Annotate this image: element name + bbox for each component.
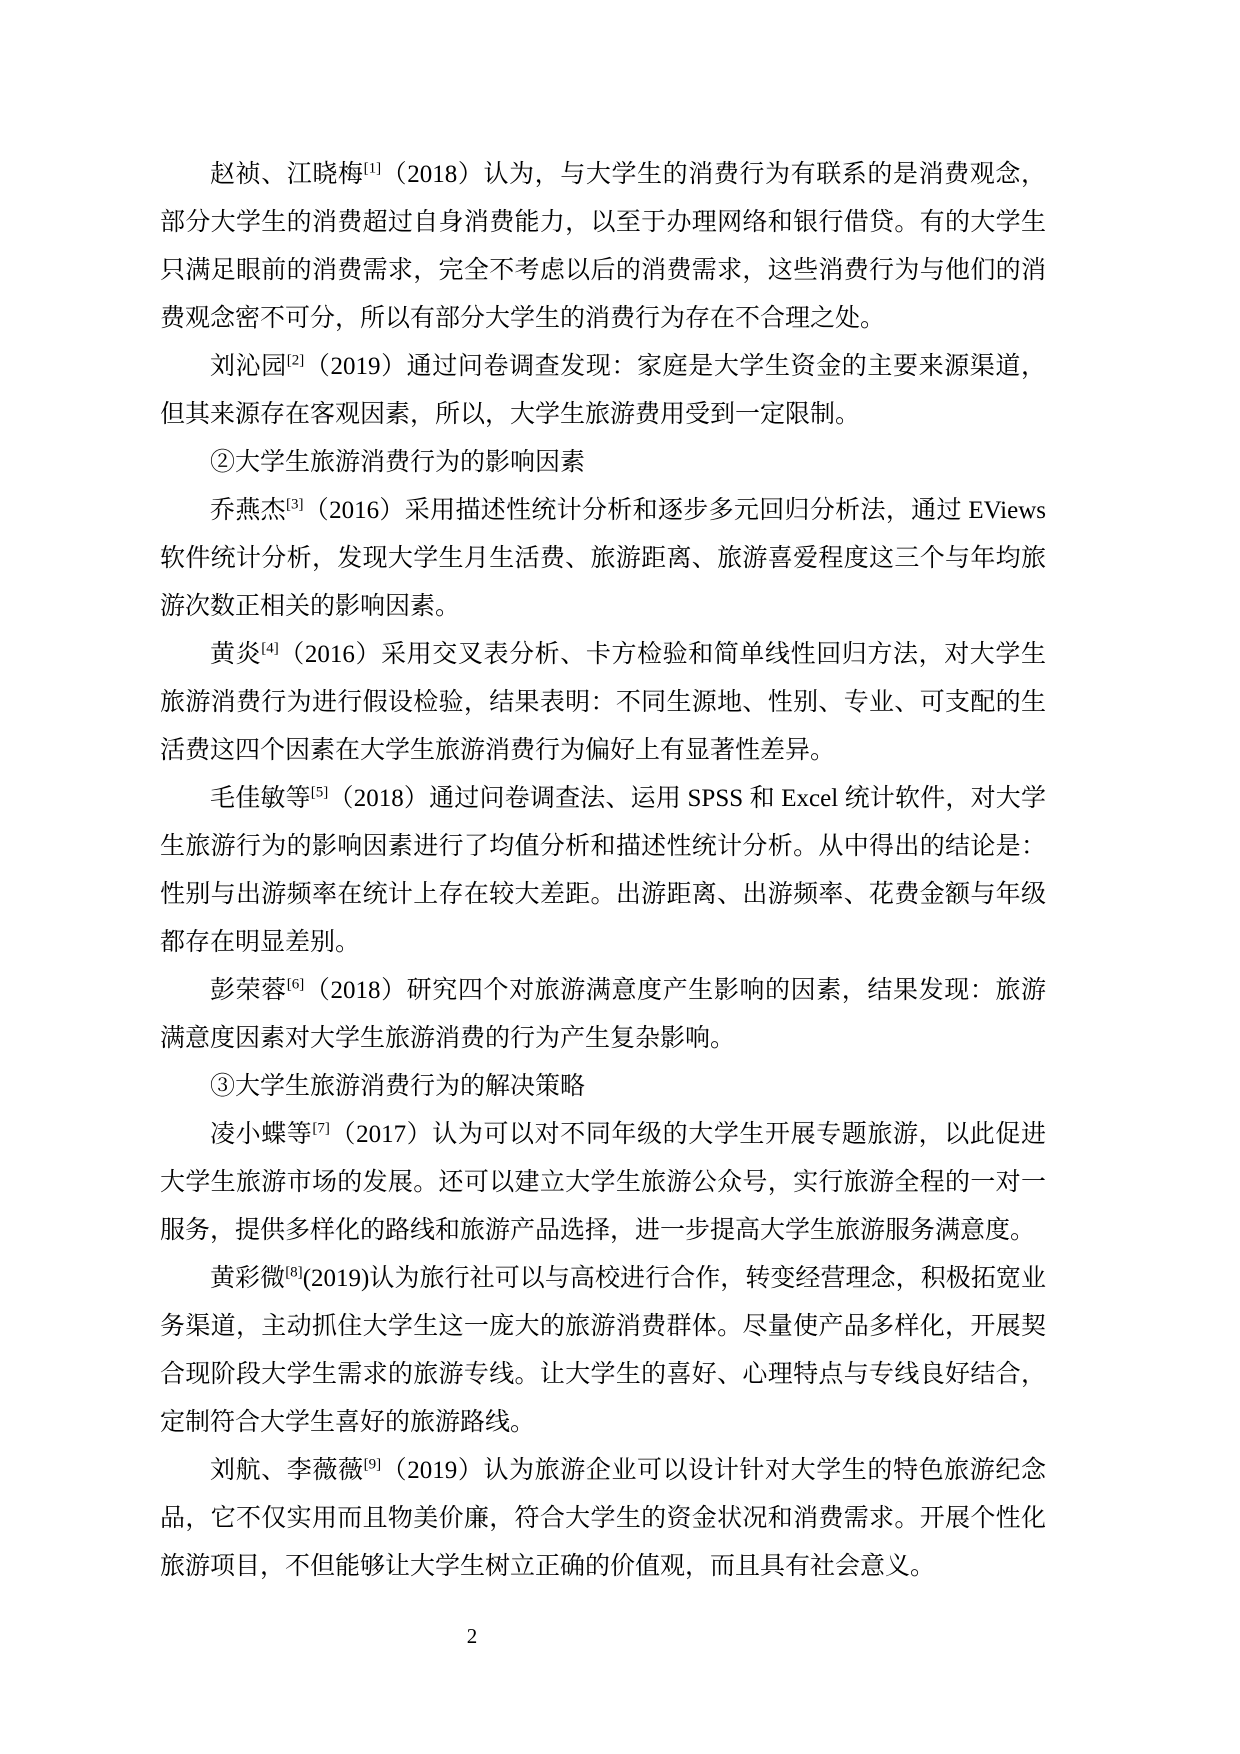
citation-ref-8: [8] [285,1265,303,1281]
citation-ref-1: [1] [364,161,382,177]
citation-ref-7: [7] [312,1121,330,1137]
citation-ref-9: [9] [364,1457,382,1473]
paragraph-text: (2019)认为旅行社可以与高校进行合作，转变经营理念，积极拓宽业务渠道，主动抓… [160,1265,1046,1436]
paragraph-huangyan: 黄炎[4]（2016）采用交叉表分析、卡方检验和简单线性回归方法，对大学生旅游消… [160,631,1046,775]
author-names: 刘沁园 [210,353,287,380]
paragraph-zhaozhen-jiangxiaomei: 赵祯、江晓梅[1]（2018）认为，与大学生的消费行为有联系的是消费观念，部分大… [160,151,1046,343]
citation-ref-6: [6] [287,977,305,993]
citation-ref-2: [2] [287,353,305,369]
author-names: 赵祯、江晓梅 [210,161,364,188]
literature-review-text: 赵祯、江晓梅[1]（2018）认为，与大学生的消费行为有联系的是消费观念，部分大… [160,151,1046,1591]
citation-ref-5: [5] [311,785,329,801]
paragraph-liuhang-liweiwei: 刘航、李薇薇[9]（2019）认为旅游企业可以设计针对大学生的特色旅游纪念品，它… [160,1447,1046,1591]
author-names: 刘航、李薇薇 [210,1457,364,1484]
citation-ref-4: [4] [261,641,279,657]
author-names: 毛佳敏等 [210,785,311,812]
document-page: 赵祯、江晓梅[1]（2018）认为，与大学生的消费行为有联系的是消费观念，部分大… [0,0,1240,1754]
paragraph-text: （2016）采用描述性统计分析和逐步多元回归分析法，通过 EViews 软件统计… [160,497,1046,620]
author-names: 黄炎 [210,641,261,668]
paragraph-maojiamin: 毛佳敏等[5]（2018）通过问卷调查法、运用 SPSS 和 Excel 统计软… [160,775,1046,967]
author-names: 彭荣蓉 [210,977,287,1004]
author-names: 乔燕杰 [210,497,286,524]
page-number: 2 [450,1622,494,1650]
paragraph-text: （2016）采用交叉表分析、卡方检验和简单线性回归方法，对大学生旅游消费行为进行… [160,641,1046,764]
author-names: 凌小蝶等 [210,1121,312,1148]
heading-solution-strategies: ③大学生旅游消费行为的解决策略 [160,1063,1046,1111]
author-names: 黄彩微 [210,1265,285,1292]
citation-ref-3: [3] [286,497,304,513]
paragraph-liuqinyuan: 刘沁园[2]（2019）通过问卷调查发现：家庭是大学生资金的主要来源渠道，但其来… [160,343,1046,439]
section-heading-text: ③大学生旅游消费行为的解决策略 [210,1073,585,1100]
section-heading-text: ②大学生旅游消费行为的影响因素 [210,449,585,476]
paragraph-huangcaiwei: 黄彩微[8](2019)认为旅行社可以与高校进行合作，转变经营理念，积极拓宽业务… [160,1255,1046,1447]
paragraph-qiaoyanjie: 乔燕杰[3]（2016）采用描述性统计分析和逐步多元回归分析法，通过 EView… [160,487,1046,631]
paragraph-lingxiaodie: 凌小蝶等[7]（2017）认为可以对不同年级的大学生开展专题旅游，以此促进大学生… [160,1111,1046,1255]
paragraph-pengrongrong: 彭荣蓉[6]（2018）研究四个对旅游满意度产生影响的因素，结果发现：旅游满意度… [160,967,1046,1063]
heading-influencing-factors: ②大学生旅游消费行为的影响因素 [160,439,1046,487]
